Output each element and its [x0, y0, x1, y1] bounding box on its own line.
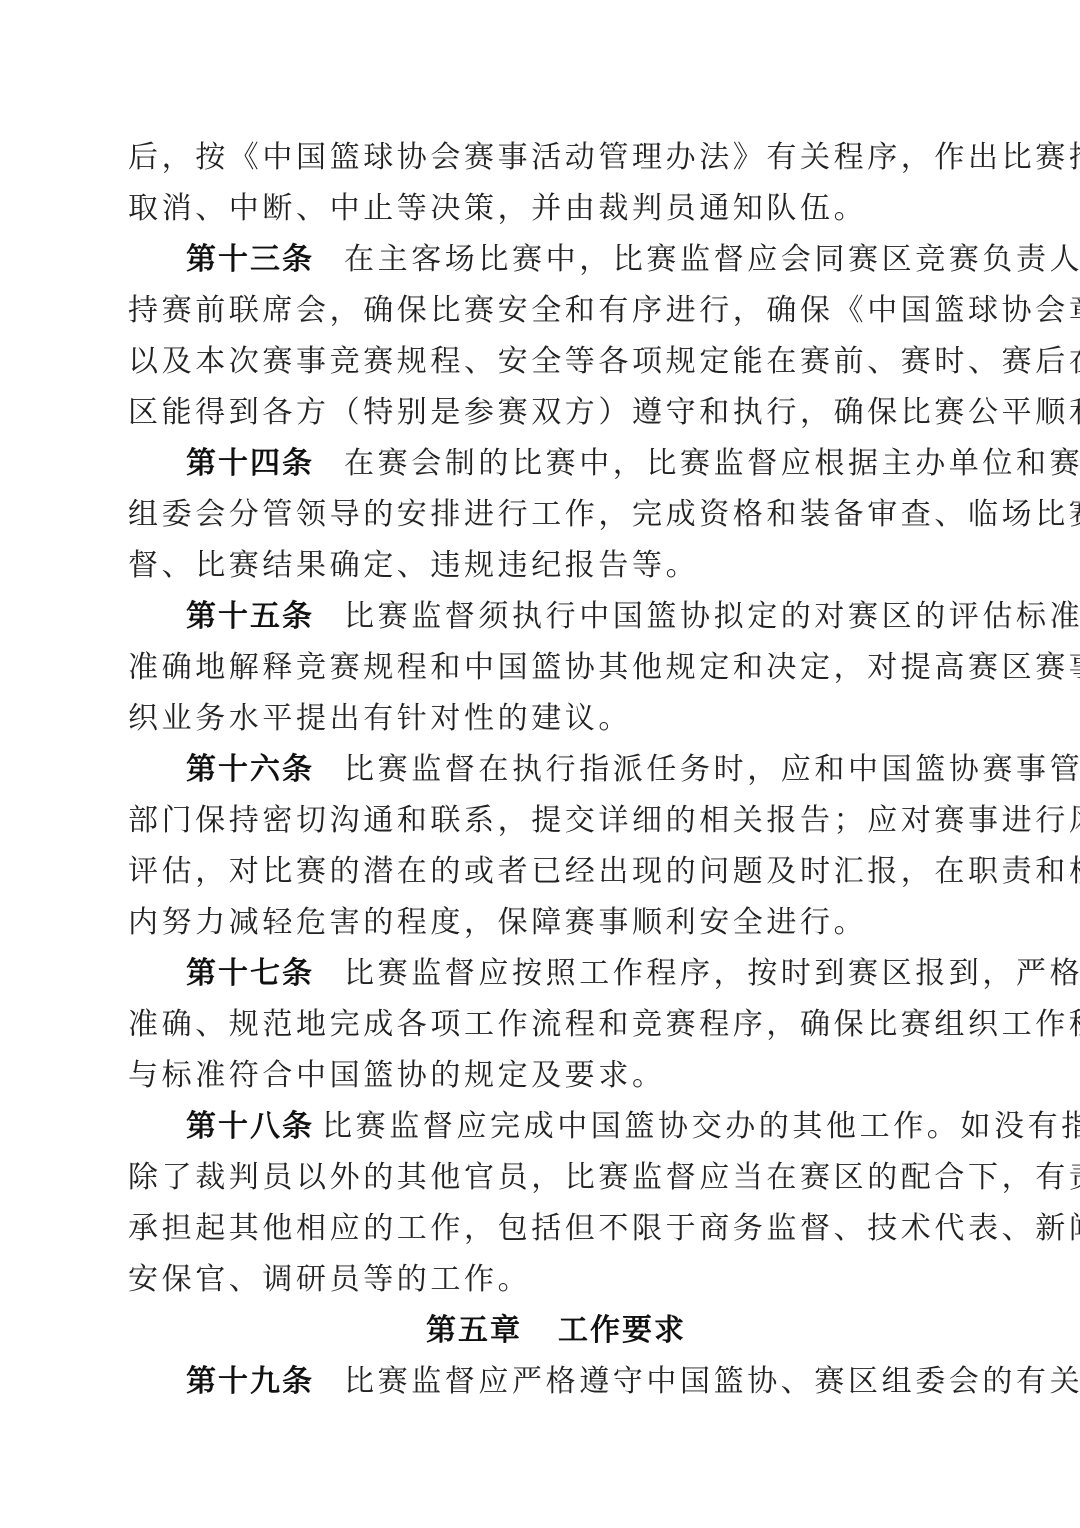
text-line: 部门保持密切沟通和联系，提交详细的相关报告；应对赛事进行风险 — [128, 795, 984, 846]
chapter-number: 第五章 — [426, 1313, 522, 1348]
text-line: 准确、规范地完成各项工作流程和竞赛程序，确保比赛组织工作程序 — [128, 999, 984, 1050]
document-page: 后，按《中国篮球协会赛事活动管理办法》有关程序，作出比赛推迟、 取消、中断、中止… — [128, 132, 984, 1407]
text-line: 持赛前联席会，确保比赛安全和有序进行，确保《中国篮球协会章程》 — [128, 285, 984, 336]
chapter-heading: 第五章工作要求 — [128, 1305, 984, 1356]
article-number: 第十八条 — [186, 1109, 314, 1144]
text-line: 评估，对比赛的潜在的或者已经出现的问题及时汇报，在职责和权限 — [128, 846, 984, 897]
text-line: 区能得到各方（特别是参赛双方）遵守和执行，确保比赛公平顺利。 — [128, 387, 984, 438]
text-line: 织业务水平提出有针对性的建议。 — [128, 693, 984, 744]
text-line: 除了裁判员以外的其他官员，比赛监督应当在赛区的配合下，有责任 — [128, 1152, 984, 1203]
text-line: 取消、中断、中止等决策，并由裁判员通知队伍。 — [128, 183, 984, 234]
article-number: 第十九条 — [186, 1364, 314, 1399]
article-19: 第十九条比赛监督应严格遵守中国篮协、赛区组委会的有关管 — [128, 1356, 984, 1407]
text-line: 比赛监督在执行指派任务时，应和中国篮协赛事管理 — [344, 752, 1080, 787]
article-number: 第十四条 — [186, 446, 314, 481]
text-line: 组委会分管领导的安排进行工作，完成资格和装备审查、临场比赛监 — [128, 489, 984, 540]
article-number: 第十六条 — [186, 752, 314, 787]
article-13: 第十三条在主客场比赛中，比赛监督应会同赛区竞赛负责人主 持赛前联席会，确保比赛安… — [128, 234, 984, 438]
text-line: 督、比赛结果确定、违规违纪报告等。 — [128, 540, 984, 591]
article-18: 第十八条比赛监督应完成中国篮协交办的其他工作。如没有指派 除了裁判员以外的其他官… — [128, 1101, 984, 1305]
text-line: 承担起其他相应的工作，包括但不限于商务监督、技术代表、新闻官、 — [128, 1203, 984, 1254]
article-number: 第十三条 — [186, 242, 314, 277]
article-number: 第十七条 — [186, 956, 314, 991]
text-line: 后，按《中国篮球协会赛事活动管理办法》有关程序，作出比赛推迟、 — [128, 132, 984, 183]
text-line: 比赛监督应严格遵守中国篮协、赛区组委会的有关管 — [344, 1364, 1080, 1399]
text-line: 安保官、调研员等的工作。 — [128, 1254, 984, 1305]
text-line: 与标准符合中国篮协的规定及要求。 — [128, 1050, 984, 1101]
continuation-paragraph: 后，按《中国篮球协会赛事活动管理办法》有关程序，作出比赛推迟、 取消、中断、中止… — [128, 132, 984, 234]
text-line: 在主客场比赛中，比赛监督应会同赛区竞赛负责人主 — [344, 242, 1080, 277]
text-line: 在赛会制的比赛中，比赛监督应根据主办单位和赛区 — [344, 446, 1080, 481]
text-line: 比赛监督应完成中国篮协交办的其他工作。如没有指派 — [322, 1109, 1080, 1144]
text-line: 比赛监督须执行中国篮协拟定的对赛区的评估标准， — [344, 599, 1080, 634]
article-14: 第十四条在赛会制的比赛中，比赛监督应根据主办单位和赛区 组委会分管领导的安排进行… — [128, 438, 984, 591]
text-line: 以及本次赛事竞赛规程、安全等各项规定能在赛前、赛时、赛后在赛 — [128, 336, 984, 387]
article-number: 第十五条 — [186, 599, 314, 634]
text-line: 内努力减轻危害的程度，保障赛事顺利安全进行。 — [128, 897, 984, 948]
chapter-title: 工作要求 — [558, 1313, 686, 1348]
text-line: 比赛监督应按照工作程序，按时到赛区报到，严格、 — [344, 956, 1080, 991]
article-15: 第十五条比赛监督须执行中国篮协拟定的对赛区的评估标准， 准确地解释竞赛规程和中国… — [128, 591, 984, 744]
article-17: 第十七条比赛监督应按照工作程序，按时到赛区报到，严格、 准确、规范地完成各项工作… — [128, 948, 984, 1101]
article-16: 第十六条比赛监督在执行指派任务时，应和中国篮协赛事管理 部门保持密切沟通和联系，… — [128, 744, 984, 948]
text-line: 准确地解释竞赛规程和中国篮协其他规定和决定，对提高赛区赛事组 — [128, 642, 984, 693]
